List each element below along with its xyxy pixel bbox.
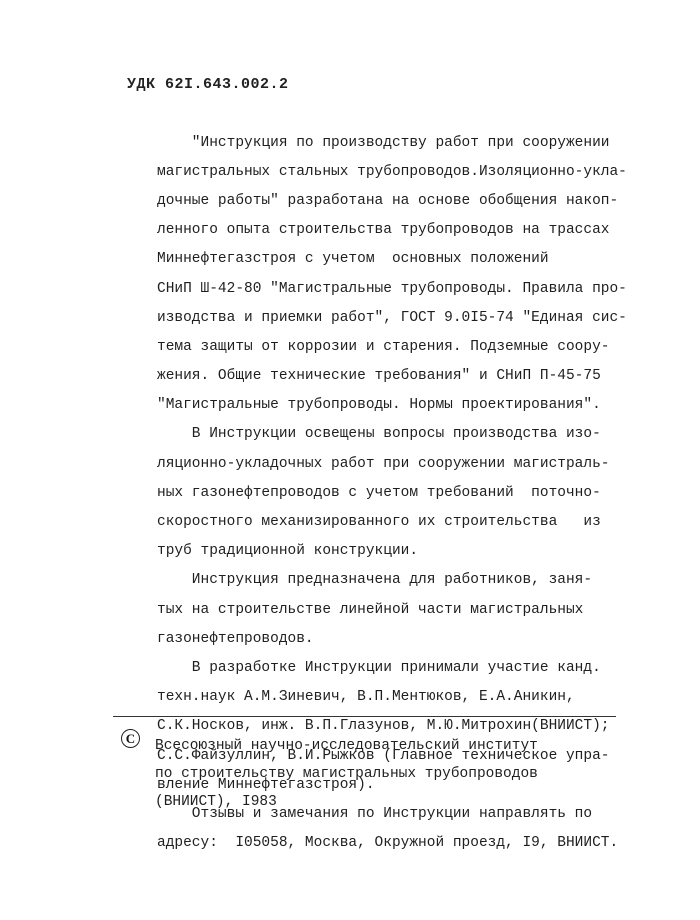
publisher-line: Всесоюзный научно-исследовательский инст… bbox=[155, 739, 538, 753]
text-line: Инструкция предназначена для работников,… bbox=[157, 573, 607, 588]
text-line: труб традиционной конструкции. bbox=[157, 544, 607, 559]
publisher-line: (ВНИИСТ), I983 bbox=[155, 795, 538, 809]
text-line: скоростного механизированного их строите… bbox=[157, 515, 607, 530]
copyright-icon: C bbox=[121, 729, 140, 748]
footer-divider bbox=[113, 716, 616, 717]
udc-code: УДК 62I.643.002.2 bbox=[127, 76, 289, 93]
text-line: адресу: I05058, Москва, Окружной проезд,… bbox=[157, 836, 607, 851]
text-line: изводства и приемки работ", ГОСТ 9.0I5-7… bbox=[157, 311, 607, 326]
text-line: техн.наук А.М.Зиневич, В.П.Ментюков, Е.А… bbox=[157, 690, 607, 705]
text-line: тема защиты от коррозии и старения. Подз… bbox=[157, 340, 607, 355]
publisher-info: Всесоюзный научно-исследовательский инст… bbox=[155, 725, 538, 823]
text-line: "Инструкция по производству работ при со… bbox=[157, 136, 607, 151]
text-line: В разработке Инструкции принимали участи… bbox=[157, 661, 607, 676]
text-line: дочные работы" разработана на основе обо… bbox=[157, 194, 607, 209]
text-line: ляционно-укладочных работ при сооружении… bbox=[157, 457, 607, 472]
publisher-line: по строительству магистральных трубопров… bbox=[155, 767, 538, 781]
text-line: СНиП Ш-42-80 "Магистральные трубопроводы… bbox=[157, 282, 607, 297]
text-line: тых на строительстве линейной части маги… bbox=[157, 603, 607, 618]
text-line: магистральных стальных трубопроводов.Изо… bbox=[157, 165, 607, 180]
text-line: ных газонефтепроводов с учетом требовани… bbox=[157, 486, 607, 501]
text-line: газонефтепроводов. bbox=[157, 632, 607, 647]
text-line: Миннефтегазстроя с учетом основных полож… bbox=[157, 252, 607, 267]
text-line: "Магистральные трубопроводы. Нормы проек… bbox=[157, 398, 607, 413]
text-line: В Инструкции освещены вопросы производст… bbox=[157, 427, 607, 442]
text-line: ленного опыта строительства трубопроводо… bbox=[157, 223, 607, 238]
text-line: жения. Общие технические требования" и С… bbox=[157, 369, 607, 384]
